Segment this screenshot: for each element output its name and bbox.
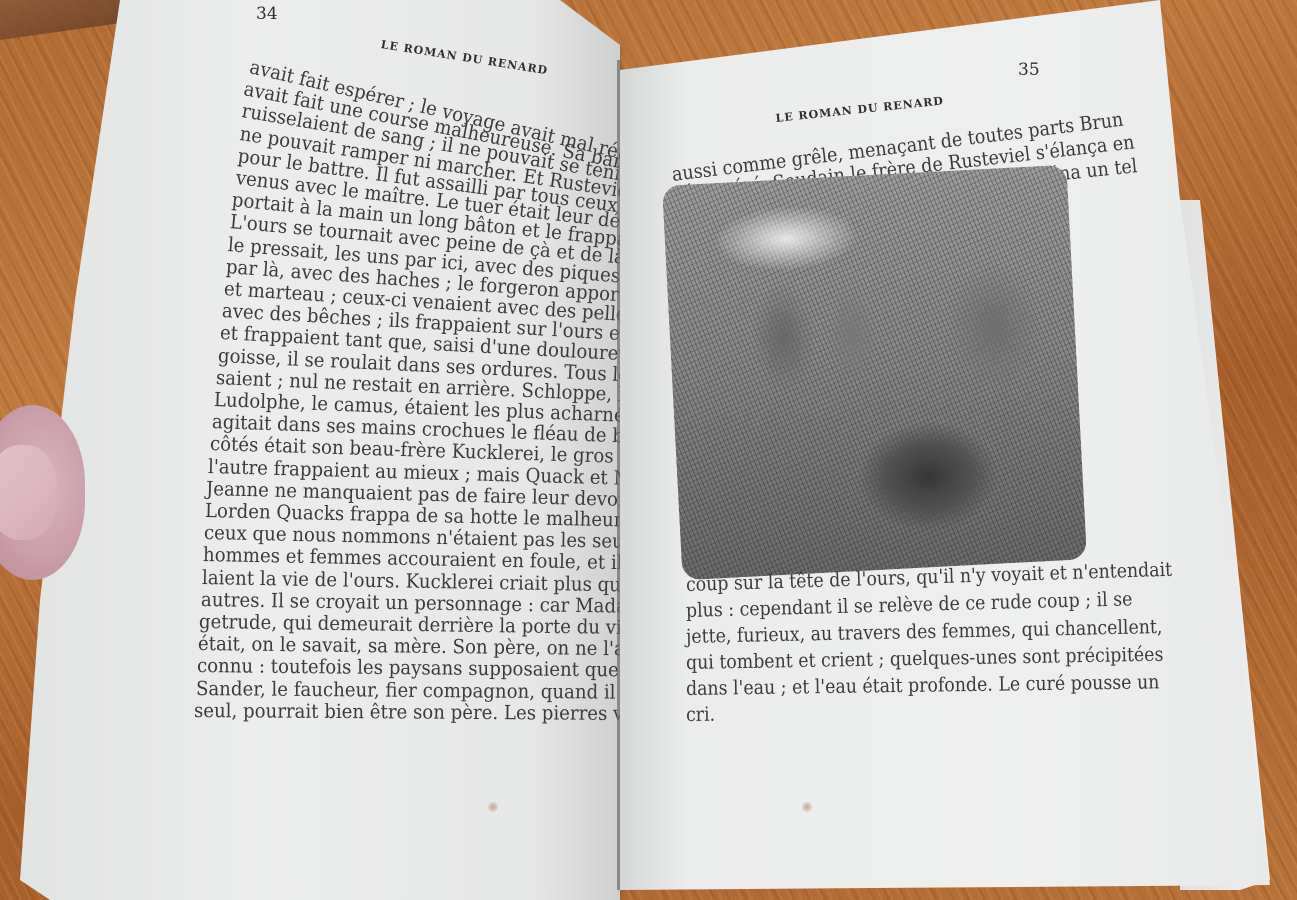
- book-gutter: [617, 60, 620, 890]
- foxing-spot: [488, 802, 498, 812]
- text-line: cri.: [686, 697, 1173, 728]
- foxing-spot: [802, 802, 812, 812]
- right-page-number: 35: [1018, 60, 1040, 80]
- right-page-text-bottom: coup sur la tête de l'ours, qu'il n'y vo…: [686, 572, 1232, 728]
- photo-scene: 34 LE ROMAN DU RENARD avait fait espérer…: [0, 0, 1297, 900]
- engraving-illustration: [662, 165, 1087, 581]
- thumbnail: [0, 445, 58, 540]
- left-page-number: 34: [256, 4, 278, 24]
